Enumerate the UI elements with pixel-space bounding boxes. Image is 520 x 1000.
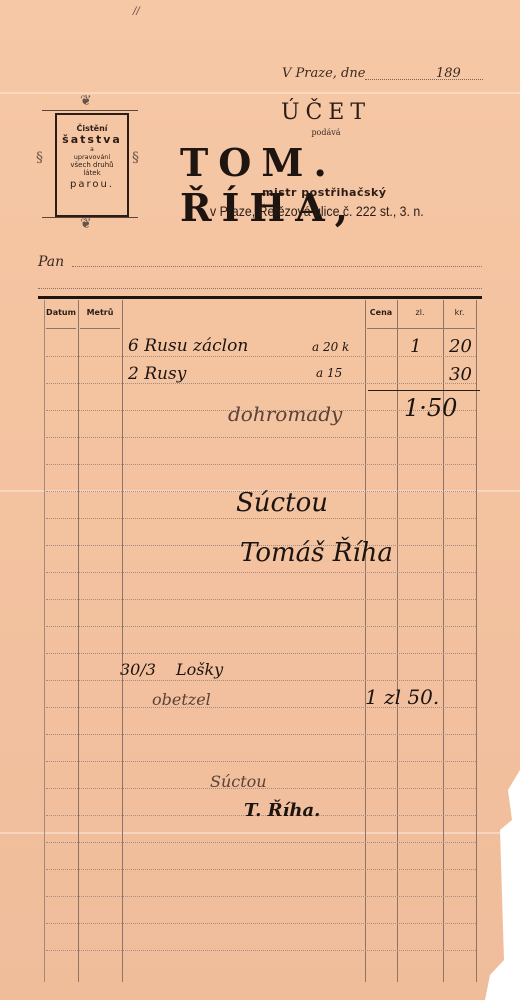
row-rule: [46, 653, 476, 654]
header-underline: [367, 328, 475, 329]
ornament-scroll-icon: §: [132, 150, 139, 166]
paper-crease: [0, 92, 520, 94]
row-rule: [46, 923, 476, 924]
row-rule: [46, 842, 476, 843]
invoice-paper: // V Praze, dne 189 ❦ ❦ § § Čistění šats…: [0, 0, 520, 1000]
recipient-fill-line-2: [38, 288, 482, 289]
receipt-acknowledgement: Súctou: [236, 488, 328, 518]
column-divider: [397, 300, 398, 982]
ornament-line: upravování: [57, 153, 127, 161]
line-item-kr: 30: [449, 364, 472, 385]
line-item-description: 2 Rusy: [128, 364, 186, 384]
column-divider: [365, 300, 366, 982]
second-signature: T. Říha.: [244, 800, 320, 821]
service-ornament-box: Čistění šatstva a upravování všech druhů…: [55, 113, 129, 217]
row-rule: [46, 626, 476, 627]
column-header-kr: kr.: [443, 308, 476, 317]
second-acknowledgement: Súctou: [210, 772, 267, 791]
issuer-profession: mistr postřihačský: [262, 186, 387, 199]
document-subtitle: podává: [276, 128, 376, 137]
ornament-fan-icon: ❦: [80, 93, 92, 109]
ornament-line: šatstva: [57, 133, 127, 146]
later-entry-amount: 1 zl 50.: [365, 685, 439, 709]
date-year: 189: [436, 66, 461, 81]
line-item-zl: 1: [410, 336, 421, 357]
row-rule: [46, 896, 476, 897]
ornament-rule: [42, 110, 138, 111]
row-rule: [46, 572, 476, 573]
row-rule: [46, 869, 476, 870]
row-rule: [46, 437, 476, 438]
later-entry-line1: Lošky: [176, 660, 223, 679]
total-label: dohromady: [228, 402, 342, 426]
row-rule: [46, 383, 476, 384]
document-title: ÚČET: [276, 100, 376, 125]
issuer-address: v Praze, Řetězová ulice č. 222 st., 3. n…: [210, 203, 424, 219]
date-fill-line: [365, 79, 483, 80]
line-item-kr: 20: [449, 336, 472, 357]
row-rule: [46, 464, 476, 465]
column-divider: [122, 300, 123, 982]
header-underline: [46, 328, 76, 329]
ornament-line: a: [57, 146, 127, 153]
ornament-line: Čistění: [57, 124, 127, 133]
column-header-metru: Metrů: [78, 308, 122, 317]
later-entry-line2: obetzel: [152, 690, 211, 709]
table-top-rule: [38, 296, 482, 299]
recipient-label: Pan: [38, 254, 64, 270]
line-item-rate: a 15: [316, 366, 342, 380]
row-rule: [46, 950, 476, 951]
ornament-line: všech druhů: [57, 161, 127, 169]
column-divider: [476, 300, 477, 982]
ornament-line: parou.: [57, 179, 127, 190]
column-header-datum: Datum: [44, 308, 78, 317]
row-rule: [46, 734, 476, 735]
line-item-rate: a 20 k: [312, 340, 349, 354]
ornament-fan-icon: ❦: [80, 216, 92, 232]
line-item-description: 6 Rusu záclon: [128, 336, 248, 356]
total-value: 1·50: [404, 394, 457, 422]
column-header-cena: Cena: [365, 308, 397, 317]
row-rule: [46, 680, 476, 681]
row-rule: [46, 599, 476, 600]
later-entry-date: 30/3: [120, 660, 156, 679]
corner-mark: //: [133, 6, 140, 17]
date-label: V Praze, dne: [282, 66, 365, 81]
column-divider: [44, 300, 45, 982]
ornament-line: látek: [57, 169, 127, 177]
total-rule: [368, 390, 480, 391]
row-rule: [46, 761, 476, 762]
recipient-fill-line: [72, 266, 482, 267]
ornament-scroll-icon: §: [36, 150, 43, 166]
column-header-zl: zl.: [397, 308, 443, 317]
row-rule: [46, 518, 476, 519]
column-divider: [78, 300, 79, 982]
receipt-signature: Tomáš Říha: [240, 538, 393, 568]
header-underline: [80, 328, 120, 329]
